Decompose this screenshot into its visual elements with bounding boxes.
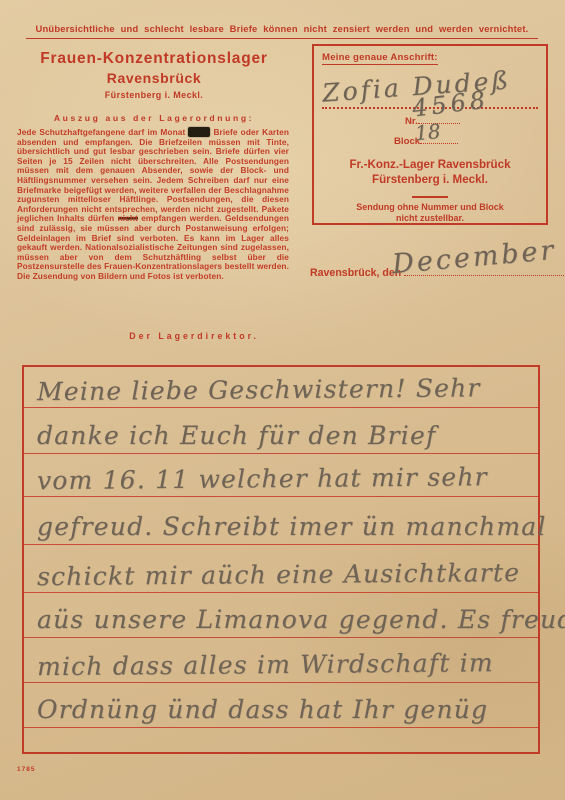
dateline-label: Ravensbrück, den [310, 267, 401, 279]
printer-code: 1785 [17, 766, 35, 773]
ruled-line [24, 637, 538, 638]
rules-part-1: Jede Schutzhaftgefangene darf im Monat [17, 127, 188, 137]
delivery-note-line1: Sendung ohne Nummer und Block [314, 202, 546, 212]
censorship-warning: Unübersichtliche und schlecht lesbare Br… [26, 23, 538, 39]
handwritten-letter-line: mich dass alles im Wirdschaft im [37, 646, 537, 684]
rules-heading: Auszug aus der Lagerordnung: [8, 113, 300, 123]
camp-letterhead: Frauen-Konzentrationslager Ravensbrück F… [8, 50, 300, 123]
struck-word: nicht [118, 213, 138, 223]
separator-rule [412, 196, 448, 198]
handwritten-letter-line: aüs unsere Limanova gegend. Es freud [37, 603, 537, 637]
ruled-line [24, 544, 538, 545]
handwritten-letter-line: gefreud. Schreibt imer ün manchmal [37, 510, 537, 544]
redacted-word-blackout: zwei [188, 127, 210, 137]
camp-rules-paragraph: Jede Schutzhaftgefangene darf im Monat z… [17, 128, 289, 282]
camp-address-line1: Fr.-Konz.-Lager Ravensbrück [314, 158, 546, 171]
ruled-line [24, 453, 538, 454]
camp-title-line3: Fürstenberg i. Meckl. [8, 90, 300, 100]
handwritten-letter-line: Meine liebe Geschwistern! Sehr [37, 371, 537, 409]
letter-writing-box: Meine liebe Geschwistern! Sehr danke ich… [22, 365, 540, 754]
address-box: Meine genaue Anschrift: Zofia Dudeß Nr. … [312, 44, 548, 225]
camp-title-line1: Frauen-Konzentrationslager [8, 50, 300, 68]
handwritten-letter-line: danke ich Euch für den Brief [37, 419, 537, 453]
rules-part-3: empfangen werden. Geldsendungen sind zul… [17, 213, 289, 281]
handwritten-letter-line: vom 16. 11 welcher hat mir sehr [37, 460, 537, 498]
ruled-line [24, 727, 538, 728]
delivery-note-line2: nicht zustellbar. [314, 213, 546, 223]
handwritten-letter-line: schickt mir aüch eine Ausichtkarte [37, 556, 537, 594]
handwritten-letter-line: Ordnüng ünd dass hat Ihr genüg [37, 693, 537, 727]
camp-address-line2: Fürstenberg i. Meckl. [314, 173, 546, 186]
handwritten-block-number: 18 [414, 119, 441, 145]
rules-part-2: Briefe oder Karten absenden und empfange… [17, 127, 289, 223]
camp-title-line2: Ravensbrück [8, 70, 300, 86]
camp-director-signature: Der Lagerdirektor. [17, 331, 259, 341]
address-label: Meine genaue Anschrift: [322, 52, 438, 65]
